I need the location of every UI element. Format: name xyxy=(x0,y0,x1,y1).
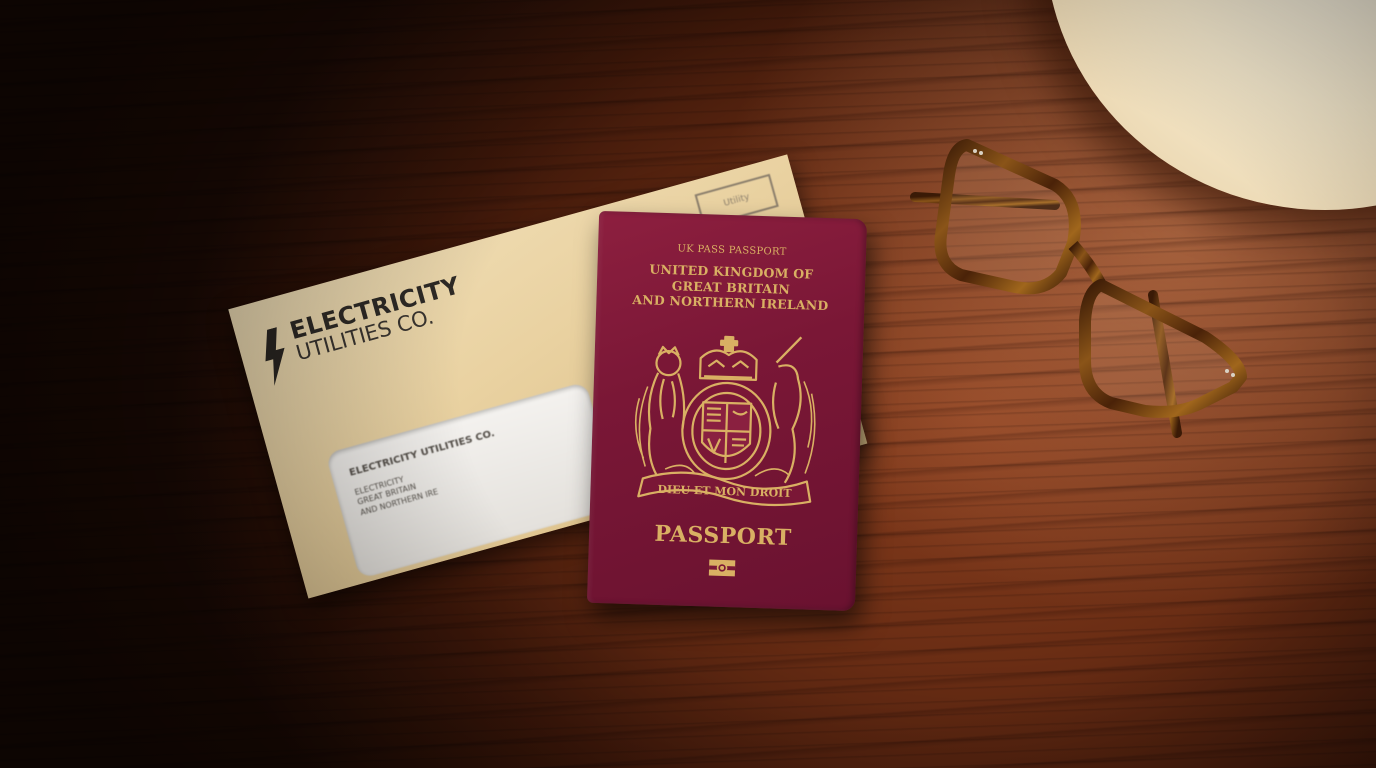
address-line: GREAT BRITAIN xyxy=(356,436,584,509)
biometric-chip-icon xyxy=(708,558,737,577)
crest-motto: DIEU ET MON DROIT xyxy=(657,483,792,500)
desk-scene: ELECTRICITY UTILITIES CO. Utility ELECTR… xyxy=(0,0,1376,768)
royal-coat-of-arms-icon: DIEU ET MON DROIT xyxy=(624,328,829,512)
uk-passport: UK PASS PASSPORT UNITED KINGDOM OF GREAT… xyxy=(587,211,867,611)
passport-country: UNITED KINGDOM OF GREAT BRITAIN AND NORT… xyxy=(596,260,865,315)
passport-top-label: UK PASS PASSPORT xyxy=(598,241,866,260)
lightning-bolt-icon xyxy=(256,326,296,387)
passport-title: PASSPORT xyxy=(589,519,858,553)
